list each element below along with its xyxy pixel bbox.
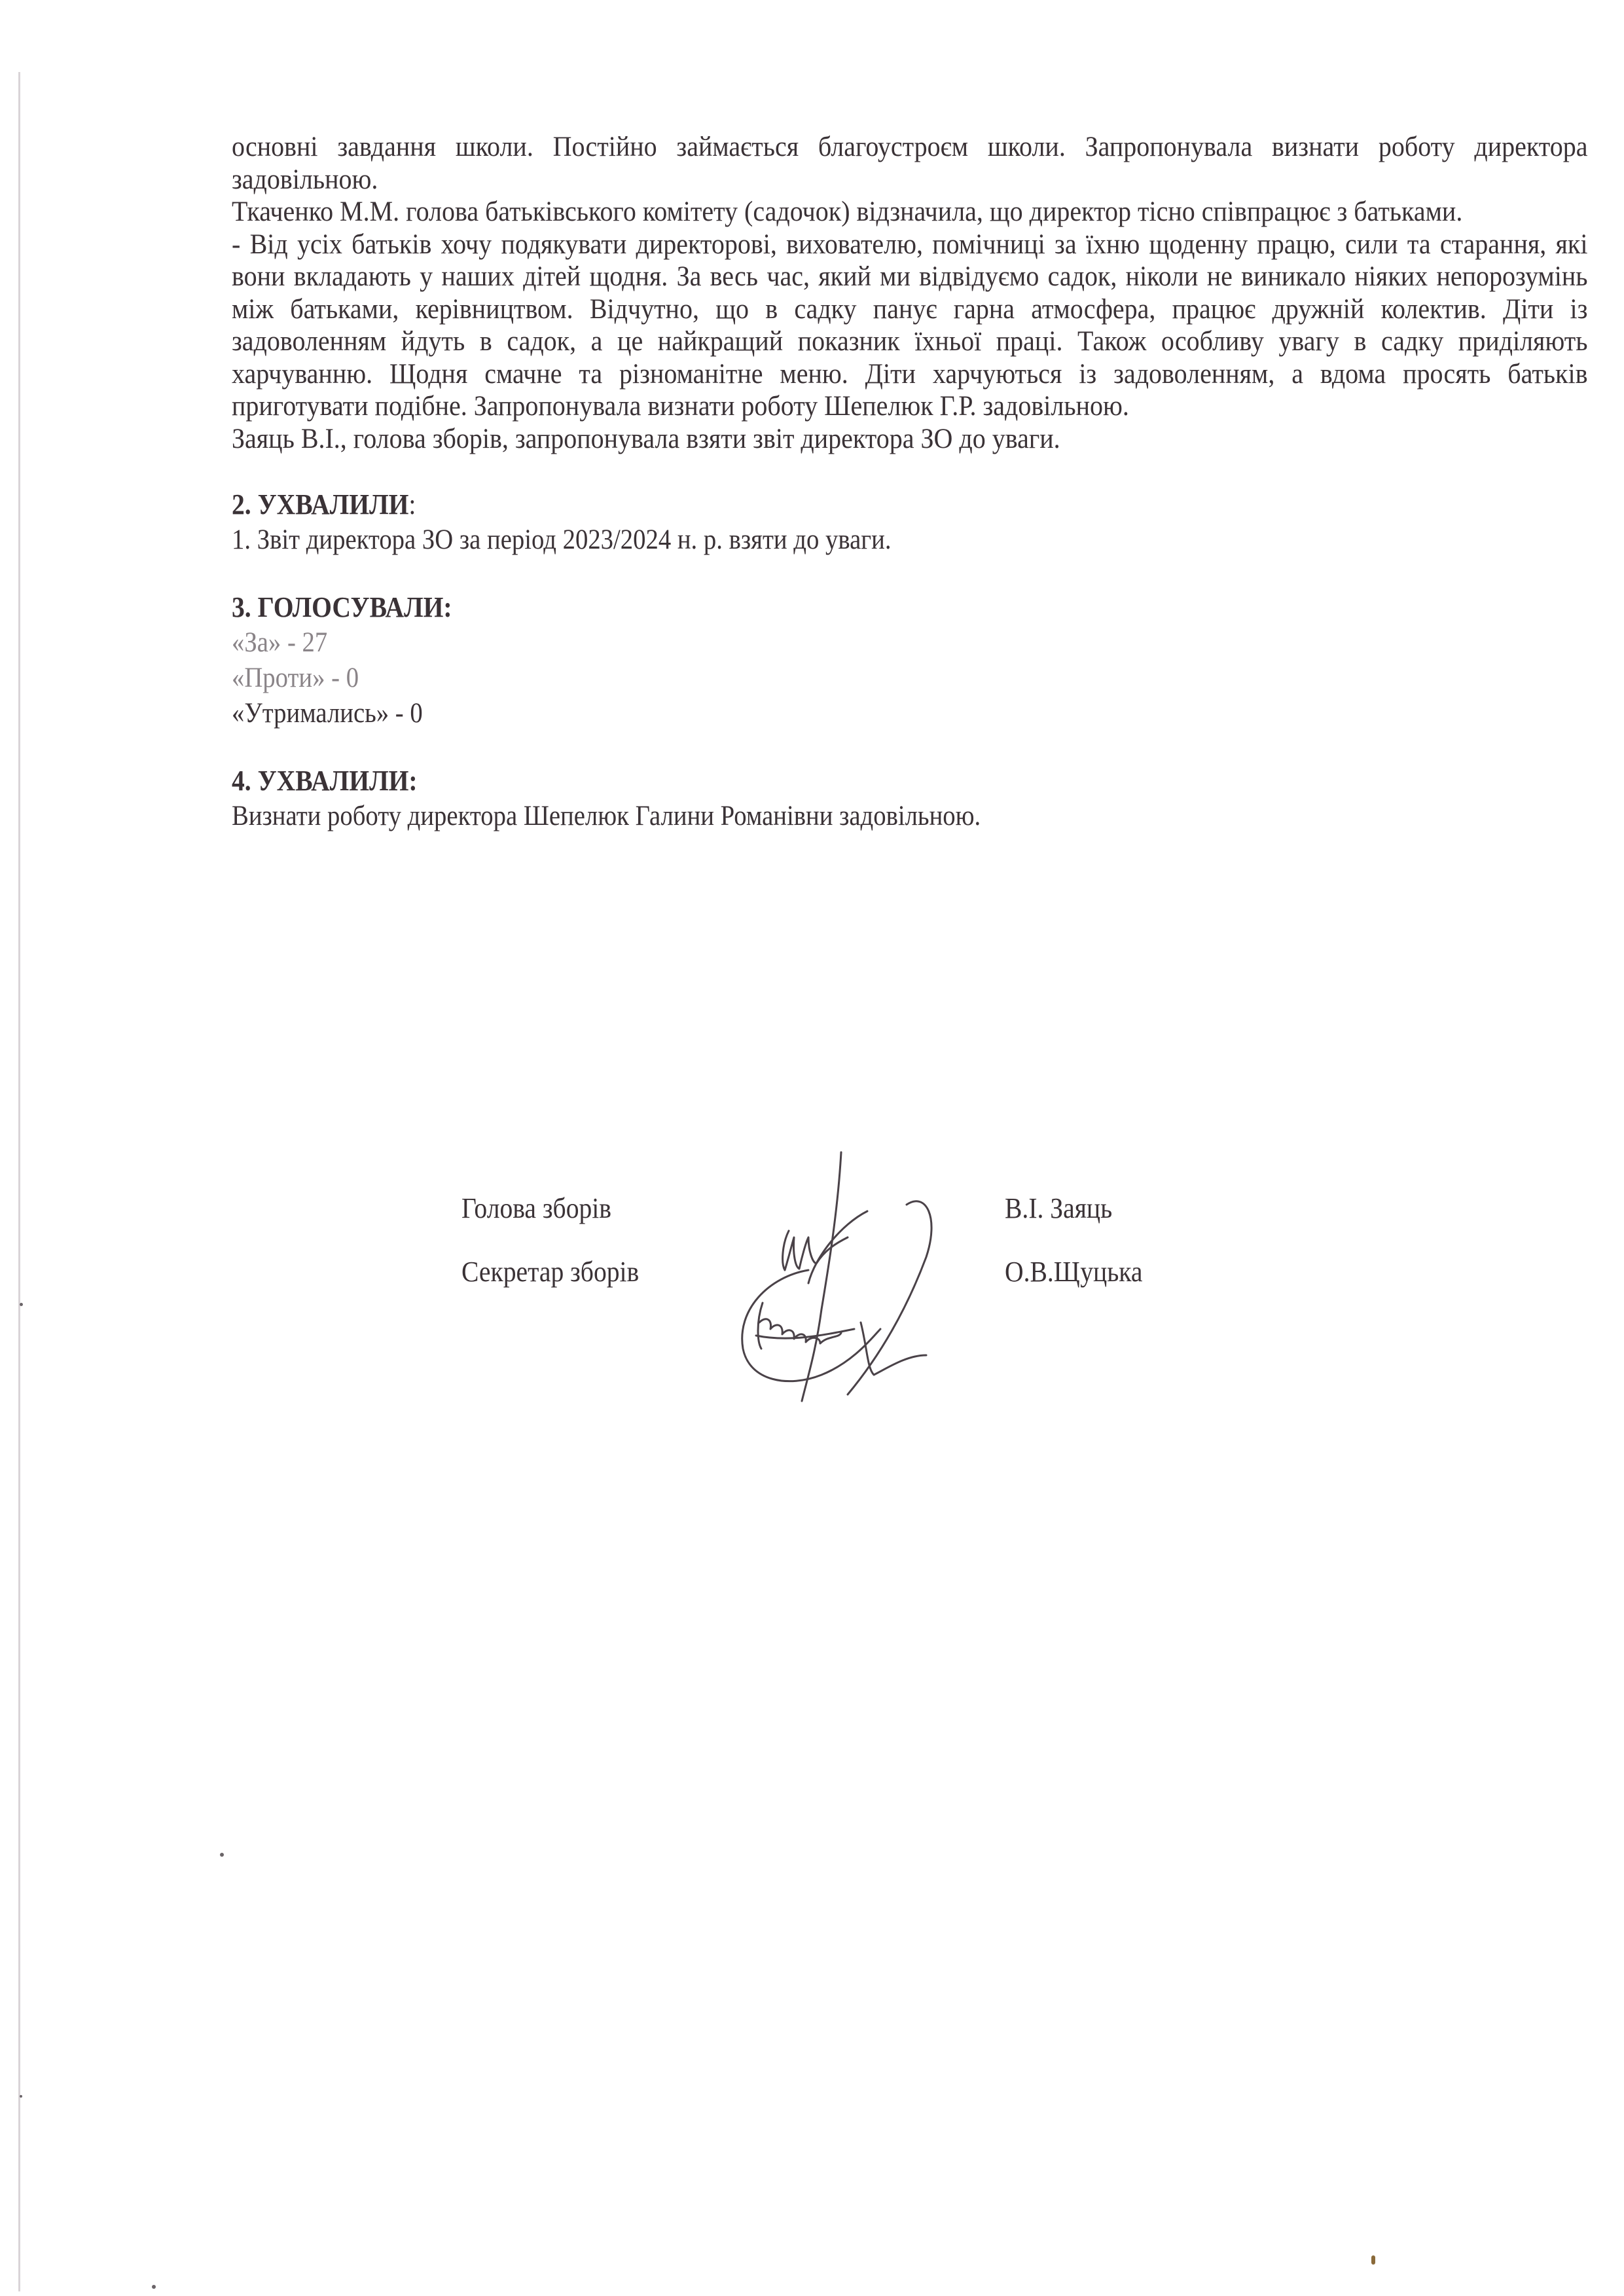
section-heading: 3. ГОЛОСУВАЛИ: <box>232 590 1453 625</box>
paragraph-3: - Від усіх батьків хочу подякувати дирек… <box>232 228 1587 423</box>
paragraph-2: Ткаченко М.М. голова батьківського коміт… <box>232 196 1587 228</box>
vote-against: «Проти» - 0 <box>232 661 1453 696</box>
section-voting: 3. ГОЛОСУВАЛИ: «За» - 27 «Проти» - 0 «Ут… <box>232 590 1588 731</box>
section-resolved-2: 4. УХВАЛИЛИ: Визнати роботу директора Ше… <box>232 763 1588 834</box>
section-heading: 4. УХВАЛИЛИ: <box>232 763 1453 799</box>
section-heading-colon: : <box>408 488 416 520</box>
scan-speck <box>1371 2255 1375 2265</box>
signature-block: Голова зборів В.І. Заяць Секретар зборів… <box>461 1192 1247 1408</box>
section-heading-text: 2. УХВАЛИЛИ <box>232 488 408 520</box>
scan-speck <box>152 2285 156 2289</box>
signature-name-chair: В.І. Заяць <box>1005 1192 1112 1225</box>
scan-speck <box>20 1303 23 1306</box>
vote-abstained: «Утримались» - 0 <box>232 696 1453 731</box>
resolution-text: Визнати роботу директора Шепелюк Галини … <box>232 799 1453 834</box>
signature-role-secretary: Секретар зборів <box>461 1255 639 1288</box>
resolution-item: 1. Звіт директора ЗО за період 2023/2024… <box>232 522 1453 558</box>
signature-name-secretary: О.В.Щуцька <box>1005 1255 1143 1288</box>
vote-for: «За» - 27 <box>232 625 1453 661</box>
paragraph-4: Заяць В.І., голова зборів, запропонувала… <box>232 423 1587 456</box>
scan-speck <box>20 2095 22 2098</box>
handwritten-signature-icon <box>710 1139 985 1414</box>
section-resolved-1: 2. УХВАЛИЛИ: 1. Звіт директора ЗО за пер… <box>232 487 1588 558</box>
scan-edge <box>18 72 20 2291</box>
scan-speck <box>220 1853 224 1857</box>
document-page: основні завдання школи. Постійно займаєт… <box>232 131 1588 834</box>
paragraph-1: основні завдання школи. Постійно займаєт… <box>232 131 1587 196</box>
signature-role-chair: Голова зборів <box>461 1192 611 1225</box>
section-heading: 2. УХВАЛИЛИ: <box>232 487 1453 522</box>
